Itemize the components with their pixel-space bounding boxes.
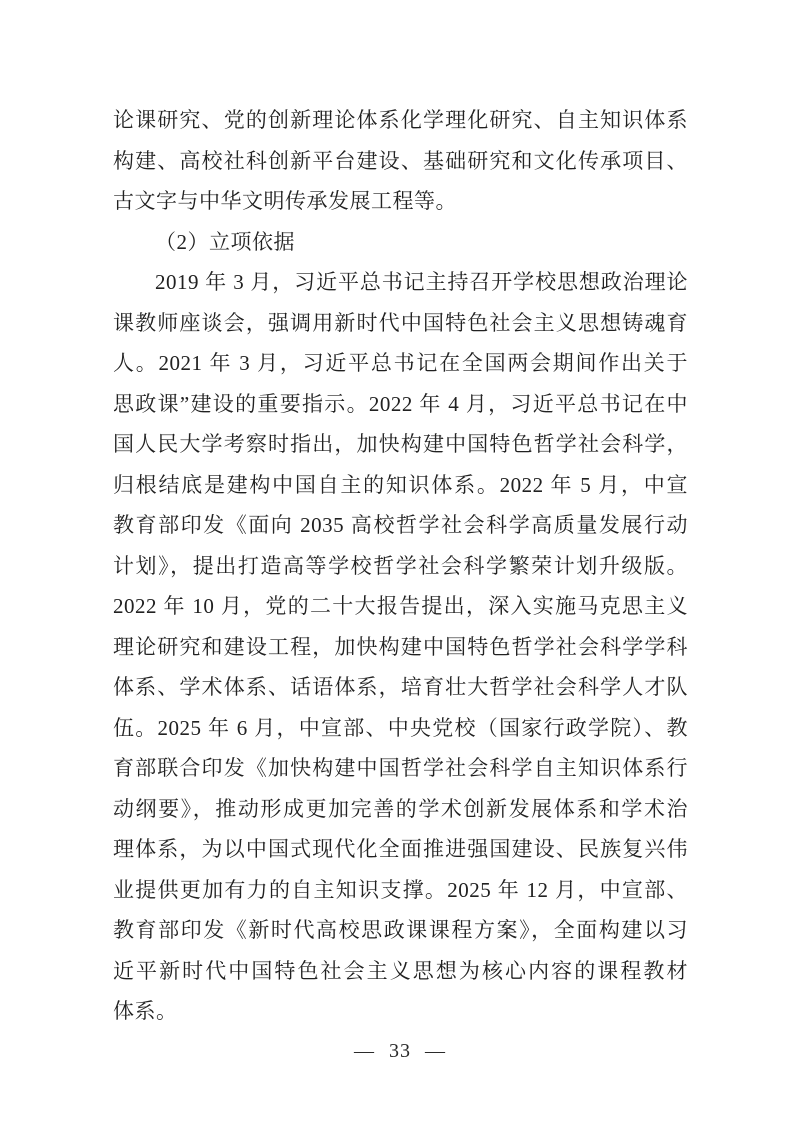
- text-line: 体系、学术体系、话语体系，培育壮大哲学社会科学人才队: [113, 667, 688, 708]
- text-line: 构建、高校社科创新平台建设、基础研究和文化传承项目、: [113, 141, 688, 182]
- text-line: 伍。2025 年 6 月，中宣部、中央党校（国家行政学院）、教: [113, 708, 688, 749]
- text-line: 人。2021 年 3 月，习近平总书记在全国两会期间作出关于“大: [113, 343, 688, 384]
- text-line: 动纲要》，推动形成更加完善的学术创新发展体系和学术治: [113, 789, 688, 830]
- text-line: 思政课”建设的重要指示。2022 年 4 月，习近平总书记在中: [113, 384, 688, 425]
- text-line: 课教师座谈会，强调用新时代中国特色社会主义思想铸魂育: [113, 303, 688, 344]
- text-line: 2022 年 10 月，党的二十大报告提出，深入实施马克思主义: [113, 586, 688, 627]
- text-line: 理论研究和建设工程，加快构建中国特色哲学社会科学学科: [113, 627, 688, 668]
- text-line: 近平新时代中国特色社会主义思想为核心内容的课程教材: [113, 951, 688, 992]
- text-line: 国人民大学考察时指出，加快构建中国特色哲学社会科学，: [113, 424, 688, 465]
- page-footer: — 33 —: [0, 1040, 800, 1063]
- text-line: 归根结底是建构中国自主的知识体系。2022 年 5 月，中宣部、: [113, 465, 688, 506]
- text-line: 育部联合印发《加快构建中国哲学社会科学自主知识体系行: [113, 748, 688, 789]
- text-line: 体系。: [113, 991, 688, 1032]
- text-line: 2019 年 3 月，习近平总书记主持召开学校思想政治理论: [113, 262, 688, 303]
- document-page: 论课研究、党的创新理论体系化学理化研究、自主知识体系构建、高校社科创新平台建设、…: [0, 0, 800, 1131]
- page-number: — 33 —: [354, 1040, 446, 1062]
- subheading-line: （2）立项依据: [113, 222, 688, 263]
- text-line: 古文字与中华文明传承发展工程等。: [113, 181, 688, 222]
- text-line: 教育部印发《面向 2035 高校哲学社会科学高质量发展行动: [113, 505, 688, 546]
- text-line: 业提供更加有力的自主知识支撑。2025 年 12 月，中宣部、: [113, 870, 688, 911]
- text-line: 计划》，提出打造高等学校哲学社会科学繁荣计划升级版。: [113, 546, 688, 587]
- text-line: 理体系，为以中国式现代化全面推进强国建设、民族复兴伟: [113, 829, 688, 870]
- text-line: 教育部印发《新时代高校思政课课程方案》，全面构建以习: [113, 910, 688, 951]
- document-body: 论课研究、党的创新理论体系化学理化研究、自主知识体系构建、高校社科创新平台建设、…: [113, 100, 688, 1032]
- text-line: 论课研究、党的创新理论体系化学理化研究、自主知识体系: [113, 100, 688, 141]
